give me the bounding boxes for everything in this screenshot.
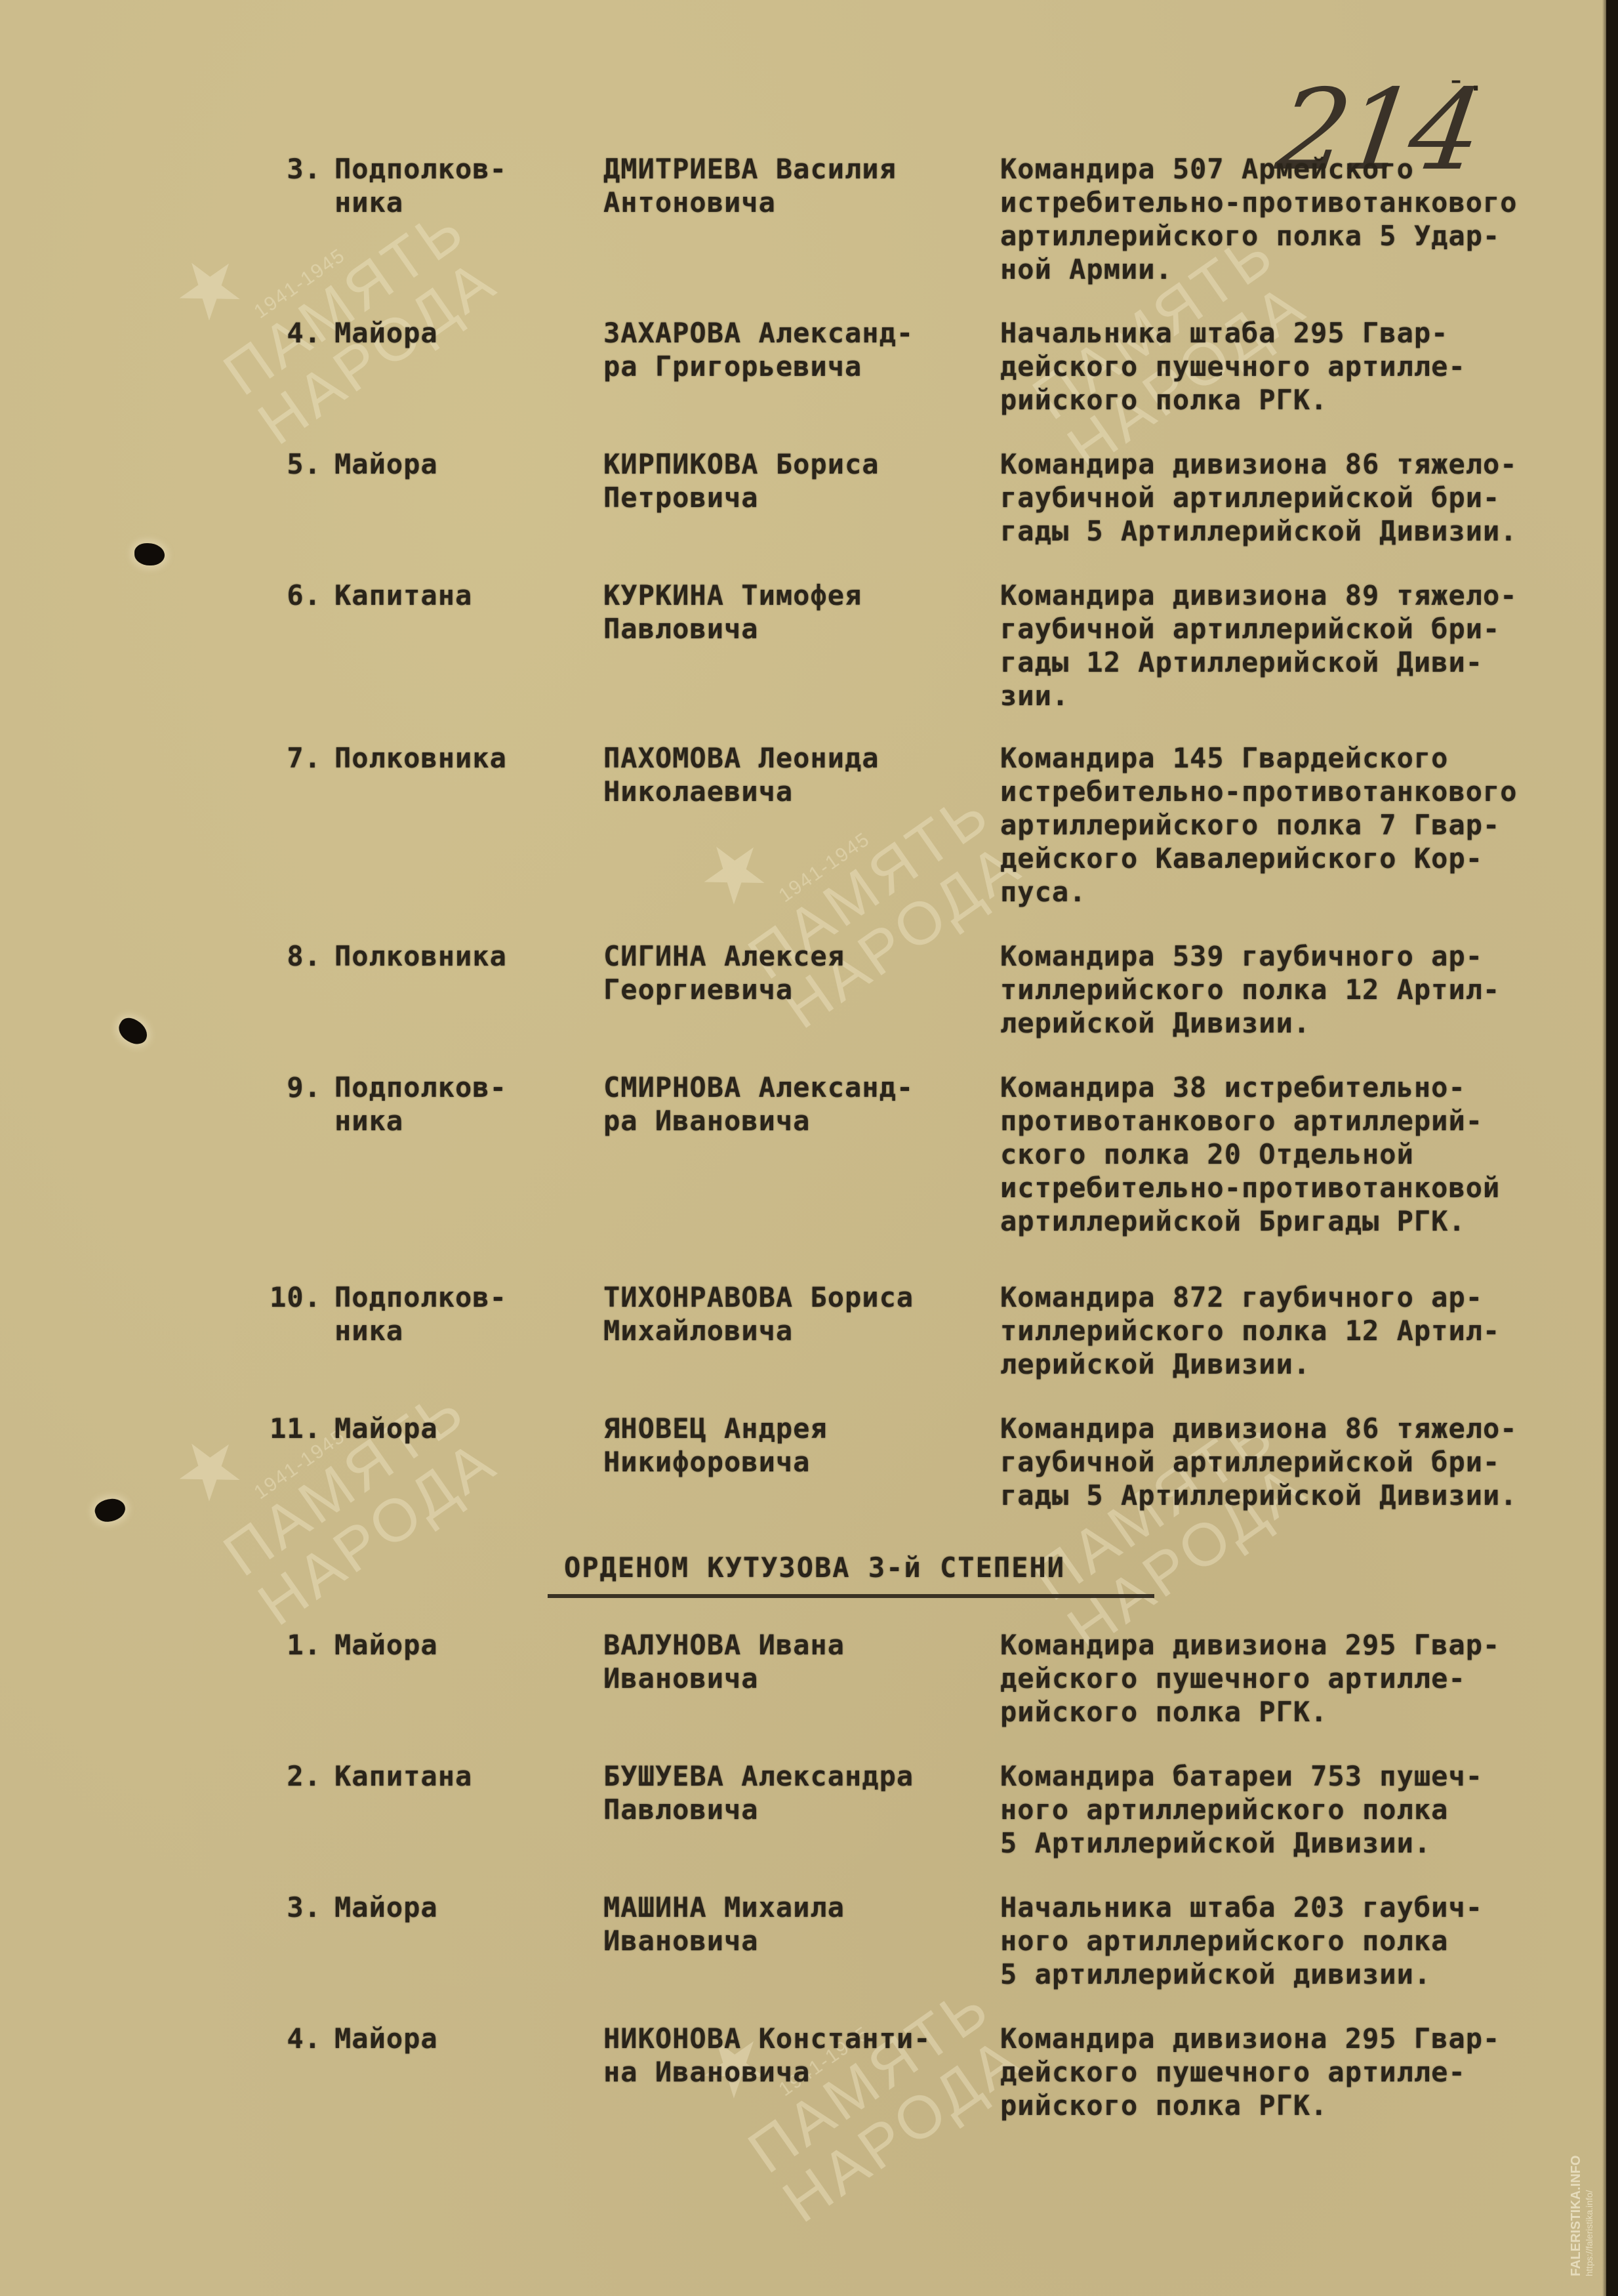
- entry-number: 9.: [262, 1071, 321, 1104]
- stamp-url: https://faleristika.info/: [1584, 2156, 1594, 2276]
- entry-number: 1.: [262, 1628, 321, 1662]
- entry-description: Командира дивизиона 86 тяжело- гаубичной…: [1000, 447, 1518, 548]
- entry-rank: Майора: [334, 447, 438, 481]
- entry-name: ЗАХАРОВА Александ- ра Григорьевича: [603, 316, 914, 383]
- entry-rank: Майора: [334, 1628, 438, 1662]
- entry-number: 8.: [262, 939, 321, 973]
- entry-description: Командира 145 Гвардейского истребительно…: [1000, 741, 1518, 909]
- entry-number: 10.: [262, 1281, 321, 1314]
- entry-rank: Подполков- ника: [334, 1281, 507, 1347]
- punch-hole: [134, 543, 165, 565]
- entry-description: Командира дивизиона 86 тяжело- гаубичной…: [1000, 1412, 1518, 1512]
- entry-rank: Майора: [334, 316, 438, 350]
- entry-rank: Подполков- ника: [334, 152, 507, 219]
- entry-number: 2.: [262, 1759, 321, 1793]
- entry-number: 7.: [262, 741, 321, 775]
- entry-rank: Подполков- ника: [334, 1071, 507, 1138]
- punch-hole: [115, 1014, 152, 1048]
- entry-name: МАШИНА Михаила Ивановича: [603, 1891, 845, 1958]
- entry-rank: Полковника: [334, 741, 507, 775]
- entry-name: ТИХОНРАВОВА Бориса Михайловича: [603, 1281, 914, 1347]
- entry-name: ДМИТРИЕВА Василия Антоновича: [603, 152, 897, 219]
- entry-name: ВАЛУНОВА Ивана Ивановича: [603, 1628, 845, 1695]
- entry-rank: Капитана: [334, 1759, 472, 1793]
- entry-description: Командира батареи 753 пушеч- ного артилл…: [1000, 1759, 1483, 1860]
- entry-description: Начальника штаба 203 гаубич- ного артилл…: [1000, 1891, 1483, 1991]
- heading-underline: [548, 1594, 1154, 1598]
- entry-rank: Майора: [334, 1891, 438, 1924]
- entry-number: 5.: [262, 447, 321, 481]
- entry-rank: Майора: [334, 1412, 438, 1445]
- entry-name: БУШУЕВА Александра Павловича: [603, 1759, 914, 1826]
- entry-name: ПАХОМОВА Леонида Николаевича: [603, 741, 880, 808]
- entry-number: 4.: [262, 2022, 321, 2055]
- entry-description: Командира 507 Армейского истребительно-п…: [1000, 152, 1518, 286]
- entry-number: 4.: [262, 316, 321, 350]
- punch-hole: [92, 1494, 129, 1526]
- entry-number: 6.: [262, 579, 321, 612]
- entry-name: КУРКИНА Тимофея Павловича: [603, 579, 862, 646]
- entry-rank: Майора: [334, 2022, 438, 2055]
- star-icon: ★: [682, 700, 954, 924]
- entry-description: Командира 539 гаубичного ар- тиллерийско…: [1000, 939, 1500, 1040]
- entry-description: Командира 38 истребительно- противотанко…: [1000, 1071, 1500, 1238]
- section-heading: ОРДЕНОМ КУТУЗОВА 3-й СТЕПЕНИ: [564, 1551, 1065, 1584]
- watermark: ★ 1941-1945 ПАМЯТЬ НАРОДА: [157, 1297, 510, 1635]
- page-edge: [1606, 0, 1618, 2296]
- entry-name: СМИРНОВА Александ- ра Ивановича: [603, 1071, 914, 1138]
- star-icon: ★: [157, 116, 430, 340]
- entry-description: Командира 872 гаубичного ар- тиллерийско…: [1000, 1281, 1500, 1381]
- entry-name: ЯНОВЕЦ Андрея Никифоровича: [603, 1412, 828, 1479]
- entry-description: Командира дивизиона 89 тяжело- гаубичной…: [1000, 579, 1518, 712]
- entry-name: НИКОНОВА Константи- на Ивановича: [603, 2022, 931, 2089]
- side-stamp: FALERISTIKA.INFO https://faleristika.inf…: [1569, 2156, 1594, 2276]
- entry-description: Командира дивизиона 295 Гвар- дейского п…: [1000, 2022, 1500, 2122]
- entry-description: Начальника штаба 295 Гвар- дейского пуше…: [1000, 316, 1466, 417]
- page-mark: -.: [1446, 60, 1486, 98]
- entry-number: 11.: [262, 1412, 321, 1445]
- entry-number: 3.: [262, 152, 321, 186]
- entry-rank: Полковника: [334, 939, 507, 973]
- entry-rank: Капитана: [334, 579, 472, 612]
- entry-name: СИГИНА Алексея Георгиевича: [603, 939, 845, 1006]
- entry-name: КИРПИКОВА Бориса Петровича: [603, 447, 880, 514]
- entry-number: 3.: [262, 1891, 321, 1924]
- entry-description: Командира дивизиона 295 Гвар- дейского п…: [1000, 1628, 1500, 1729]
